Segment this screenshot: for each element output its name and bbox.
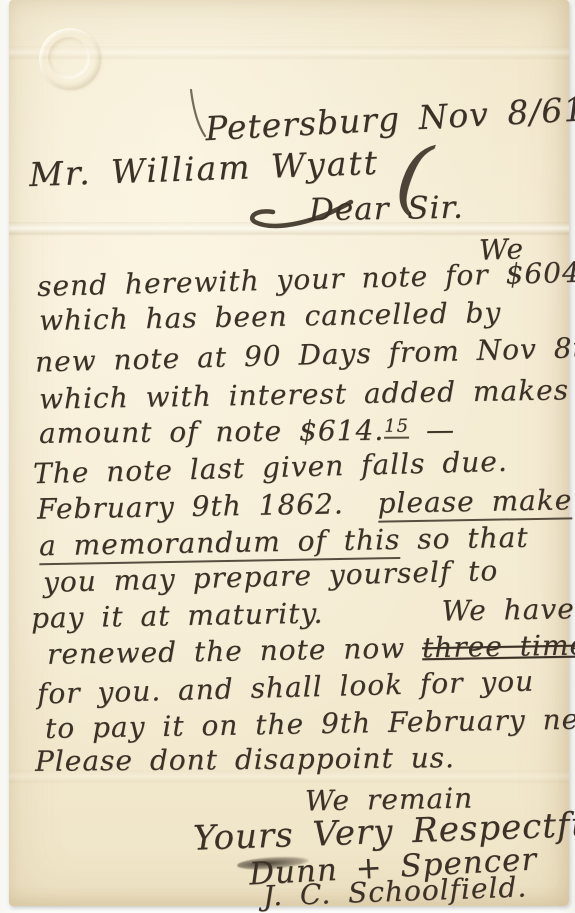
- body-text: new note at 90 Days from Nov 8th,: [35, 330, 575, 378]
- addressee: Mr. William Wyatt: [29, 146, 380, 191]
- body-text: which with interest added makes: [39, 373, 570, 415]
- body-line: for you. and shall look for you: [37, 667, 535, 708]
- body-line: amount of note $614.15 —: [39, 416, 455, 448]
- body-line: renewed the note now three times: [47, 631, 575, 669]
- body-line: send herewith your note for $604 68100: [37, 252, 575, 301]
- body-text: February 9th 1862.: [37, 487, 378, 526]
- body-line: which has been cancelled by: [39, 299, 502, 335]
- letter-scan: Petersburg Nov 8/61. ( Mr. William Wyatt…: [0, 0, 575, 913]
- body-line: which with interest added makes: [39, 376, 569, 413]
- body-text: to pay it on the 9th February next.: [45, 702, 575, 745]
- body-line: new note at 90 Days from Nov 8th,: [35, 333, 575, 376]
- dateline: Petersburg Nov 8/61.: [204, 92, 575, 145]
- emphasized-text: three times: [422, 628, 575, 664]
- signature-person: J. C. Schoolfield.: [263, 873, 528, 910]
- body-line: pay it at maturity. We have: [31, 595, 575, 632]
- body-line: The note last given falls due.: [33, 448, 508, 488]
- body-line: February 9th 1862. please make: [37, 486, 573, 523]
- salutation: Dear Sir.: [309, 193, 464, 227]
- body-text: Please dont disappoint us.: [35, 741, 455, 778]
- underlined-text: please make: [377, 483, 572, 522]
- body-text: amount of note $614.: [39, 414, 384, 450]
- superscript-cents: 15: [384, 416, 409, 439]
- body-text: for you. and shall look for you: [37, 664, 535, 710]
- body-line: to pay it on the 9th February next.: [45, 705, 575, 743]
- body-text: so that: [400, 521, 529, 556]
- body-text: renewed the note now: [47, 631, 423, 671]
- body-text: The note last given falls due.: [33, 445, 509, 490]
- body-text: which has been cancelled by: [39, 296, 502, 337]
- embossed-seal-inner: [48, 37, 90, 79]
- embossed-seal: [39, 28, 101, 90]
- body-text: pay it at maturity. We have: [31, 592, 575, 634]
- body-line: Please dont disappoint us.: [35, 744, 455, 776]
- body-text: —: [409, 413, 455, 446]
- letter-paper: Petersburg Nov 8/61. ( Mr. William Wyatt…: [9, 0, 569, 906]
